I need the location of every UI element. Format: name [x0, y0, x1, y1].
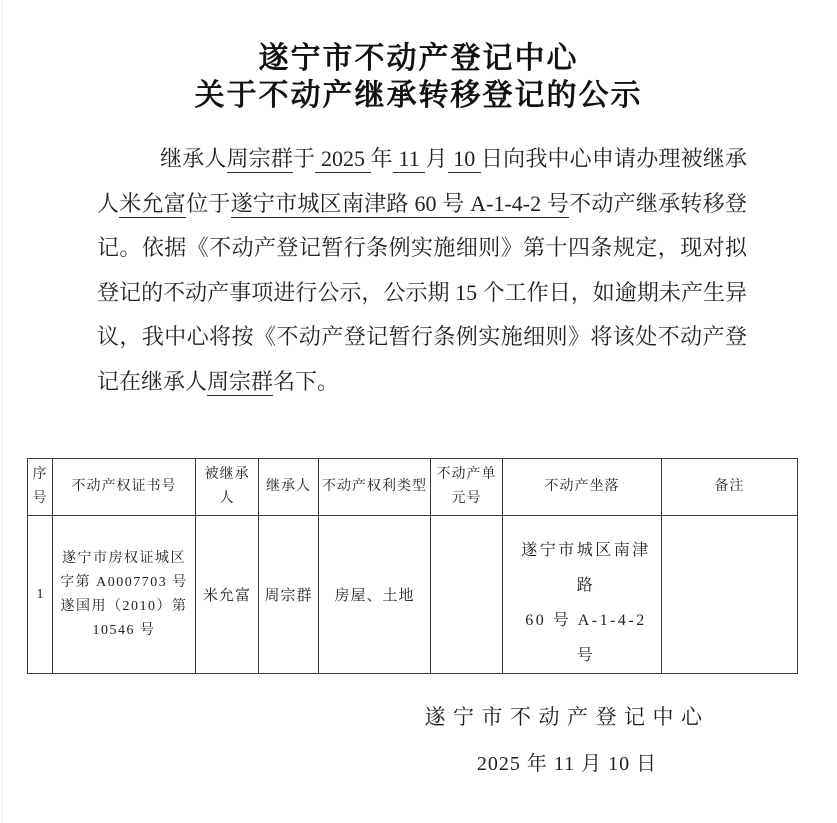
header-location: 不动产坐落	[503, 459, 662, 516]
header-right-type: 不动产权利类型	[319, 459, 431, 516]
heir-name-underlined: 周宗群	[207, 369, 273, 396]
heir-name-underlined: 周宗群	[227, 146, 294, 173]
cell-remark	[662, 516, 798, 674]
text-segment: 名下。	[273, 369, 339, 394]
text-segment: 年	[371, 146, 393, 171]
text-segment: 于	[293, 146, 315, 171]
cell-seq: 1	[28, 516, 53, 674]
table-row: 1 遂宁市房权证城区 字第 A0007703 号 遂国用（2010）第 1054…	[28, 516, 798, 674]
property-registration-table: 序号 不动产权证书号 被继承人 继承人 不动产权利类型 不动产单元号 不动产坐落…	[27, 458, 798, 674]
decedent-name-underlined: 米允富	[119, 191, 186, 218]
header-heir: 继承人	[259, 459, 319, 516]
cell-unit-no	[431, 516, 503, 674]
year-underlined: 2025	[315, 146, 370, 173]
cert-no-line: 遂宁市房权证城区	[57, 547, 191, 571]
text-segment: 继承人	[160, 146, 227, 171]
document-page: 遂宁市不动产登记中心 关于不动产继承转移登记的公示 继承人周宗群于 2025 年…	[0, 0, 837, 823]
header-unit-no: 不动产单元号	[431, 459, 503, 516]
cell-decedent: 米允富	[196, 516, 259, 674]
cert-no-line: 遂国用（2010）第	[57, 595, 191, 619]
cell-heir: 周宗群	[259, 516, 319, 674]
title-line-2: 关于不动产继承转移登记的公示	[0, 77, 837, 114]
notice-paragraph: 继承人周宗群于 2025 年 11 月 10 日向我中心申请办理被继承人米允富位…	[97, 137, 747, 405]
signature-block: 遂宁市不动产登记中心 2025 年 11 月 10 日	[397, 702, 737, 779]
document-title: 遂宁市不动产登记中心 关于不动产继承转移登记的公示	[0, 40, 837, 114]
signature-date: 2025 年 11 月 10 日	[397, 749, 737, 779]
title-line-1: 遂宁市不动产登记中心	[0, 40, 837, 77]
cert-no-line: 10546 号	[57, 619, 191, 643]
cert-no-line: 字第 A0007703 号	[57, 571, 191, 595]
text-segment: 月	[425, 146, 447, 171]
location-line: 遂宁市城区南津路	[517, 533, 655, 603]
month-underlined: 11	[393, 146, 426, 173]
day-underlined: 10	[448, 146, 481, 173]
header-cert-no: 不动产权证书号	[53, 459, 196, 516]
cell-location: 遂宁市城区南津路 60 号 A-1-4-2 号	[503, 516, 662, 674]
header-seq: 序号	[28, 459, 53, 516]
text-segment: 位于	[186, 191, 231, 216]
table-header-row: 序号 不动产权证书号 被继承人 继承人 不动产权利类型 不动产单元号 不动产坐落…	[28, 459, 798, 516]
property-address-underlined: 遂宁市城区南津路 60 号 A-1-4-2 号	[231, 191, 570, 218]
header-remark: 备注	[662, 459, 798, 516]
scan-edge-artifact	[2, 0, 3, 823]
signature-org: 遂宁市不动产登记中心	[397, 702, 737, 732]
header-decedent: 被继承人	[196, 459, 259, 516]
location-line: 60 号 A-1-4-2 号	[517, 603, 655, 673]
cell-right-type: 房屋、土地	[319, 516, 431, 674]
cell-cert-no: 遂宁市房权证城区 字第 A0007703 号 遂国用（2010）第 10546 …	[53, 516, 196, 674]
text-segment: 不动产继承转移登记。依据《不动产登记暂行条例实施细则》第十四条规定，现对拟登记的…	[97, 191, 747, 394]
